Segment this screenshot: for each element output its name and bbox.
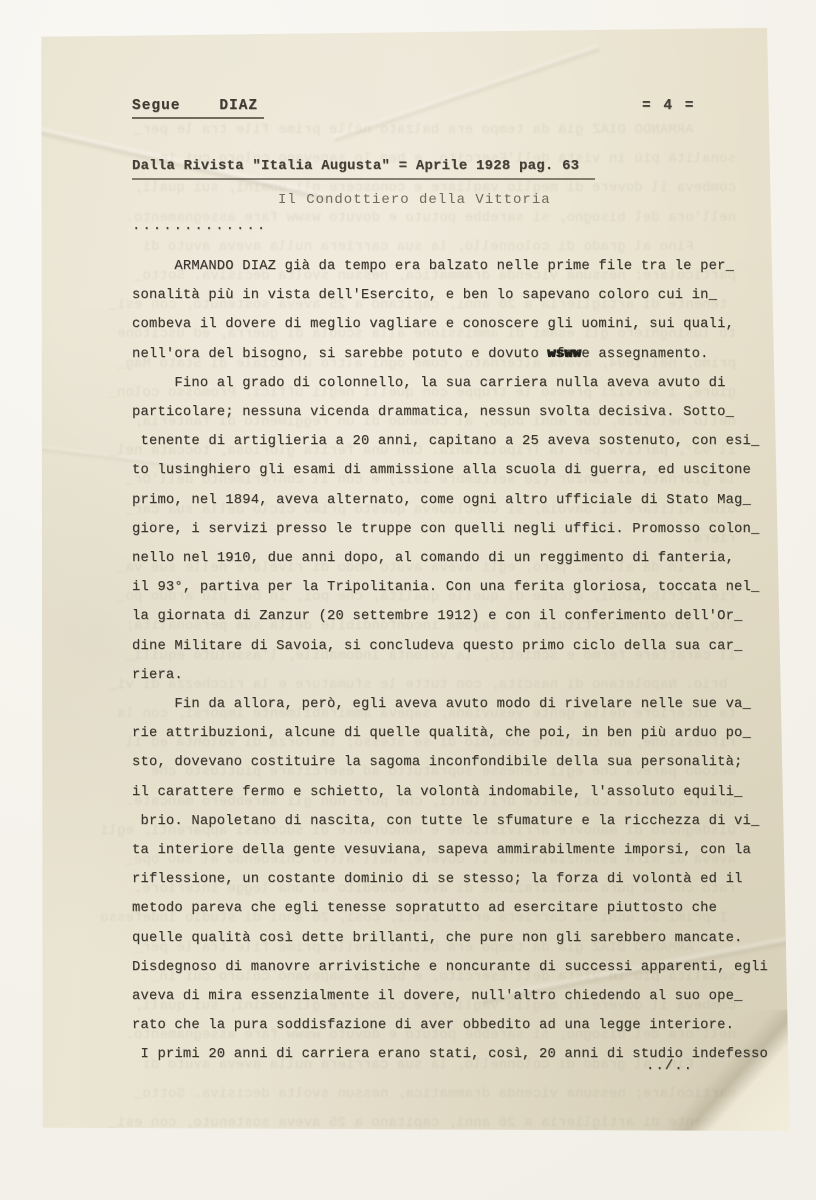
paper-sheet: ARMANDO DIAZ già da tempo era balzato ne…	[36, 20, 792, 1140]
body-line: Fino al grado di colonnello, la sua carr…	[132, 369, 768, 398]
body-line: ARMANDO DIAZ già da tempo era balzato ne…	[132, 252, 768, 281]
page-number: = 4 =	[642, 98, 696, 114]
body-line: primo, nel 1894, aveva alternato, come o…	[132, 486, 768, 515]
body-line: giore, i servizi presso le truppe con qu…	[132, 515, 768, 544]
page-content: Segue DIAZ = 4 = Dalla Rivista "Italia A…	[36, 20, 792, 1140]
body-line: to lusinghiero gli esami di ammissione a…	[132, 456, 768, 485]
body-line: riflessione, un costante dominio di se s…	[132, 865, 768, 894]
source-citation: Dalla Rivista "Italia Augusta" = Aprile …	[132, 158, 595, 180]
body-line: riera.	[132, 661, 768, 690]
body-line: sonalità più in vista dell'Esercito, e b…	[132, 281, 768, 310]
body-lines: ARMANDO DIAZ già da tempo era balzato ne…	[132, 252, 768, 1070]
body-line: nello nel 1910, due anni dopo, al comand…	[132, 544, 768, 573]
body-line: combeva il dovere di meglio vagliare e c…	[132, 310, 768, 339]
body-line: particolare; nessuna vicenda drammatica,…	[132, 398, 768, 427]
body-line: il 93°, partiva per la Tripolitania. Con…	[132, 573, 768, 602]
body-line: rie attribuzioni, alcune di quelle quali…	[132, 719, 768, 748]
continuation-mark: ../..	[646, 1058, 693, 1074]
body-line: tenente di artiglieria a 20 anni, capita…	[132, 427, 768, 456]
body-line: nell'ora del bisogno, si sarebbe potuto …	[132, 340, 768, 369]
ellipsis-row: .............	[132, 218, 267, 234]
article-title: Il Condottiero della Vittoria	[278, 192, 551, 208]
continuation-header: Segue DIAZ	[132, 98, 264, 119]
body-line: dine Militare di Savoia, si concludeva q…	[132, 632, 768, 661]
body-line: Fin da allora, però, egli aveva avuto mo…	[132, 690, 768, 719]
body-line: brio. Napoletano di nascita, con tutte l…	[132, 807, 768, 836]
body-line: rato che la pura soddisfazione di aver o…	[132, 1011, 768, 1040]
body-line: sto, dovevano costituire la sagoma incon…	[132, 748, 768, 777]
body-line: Disdegnoso di manovre arrivistiche e non…	[132, 953, 768, 982]
body-line: aveva di mira essenzialmente il dovere, …	[132, 982, 768, 1011]
body-line: la giornata di Zanzur (20 settembre 1912…	[132, 602, 768, 631]
body-line: quelle qualità così dette brillanti, che…	[132, 924, 768, 953]
body-line: il carattere fermo e schietto, la volont…	[132, 778, 768, 807]
overstruck-word: wsww	[548, 340, 582, 369]
body-line: metodo pareva che egli tenesse sopratutt…	[132, 894, 768, 923]
body-line: ta interiore della gente vesuviana, sape…	[132, 836, 768, 865]
